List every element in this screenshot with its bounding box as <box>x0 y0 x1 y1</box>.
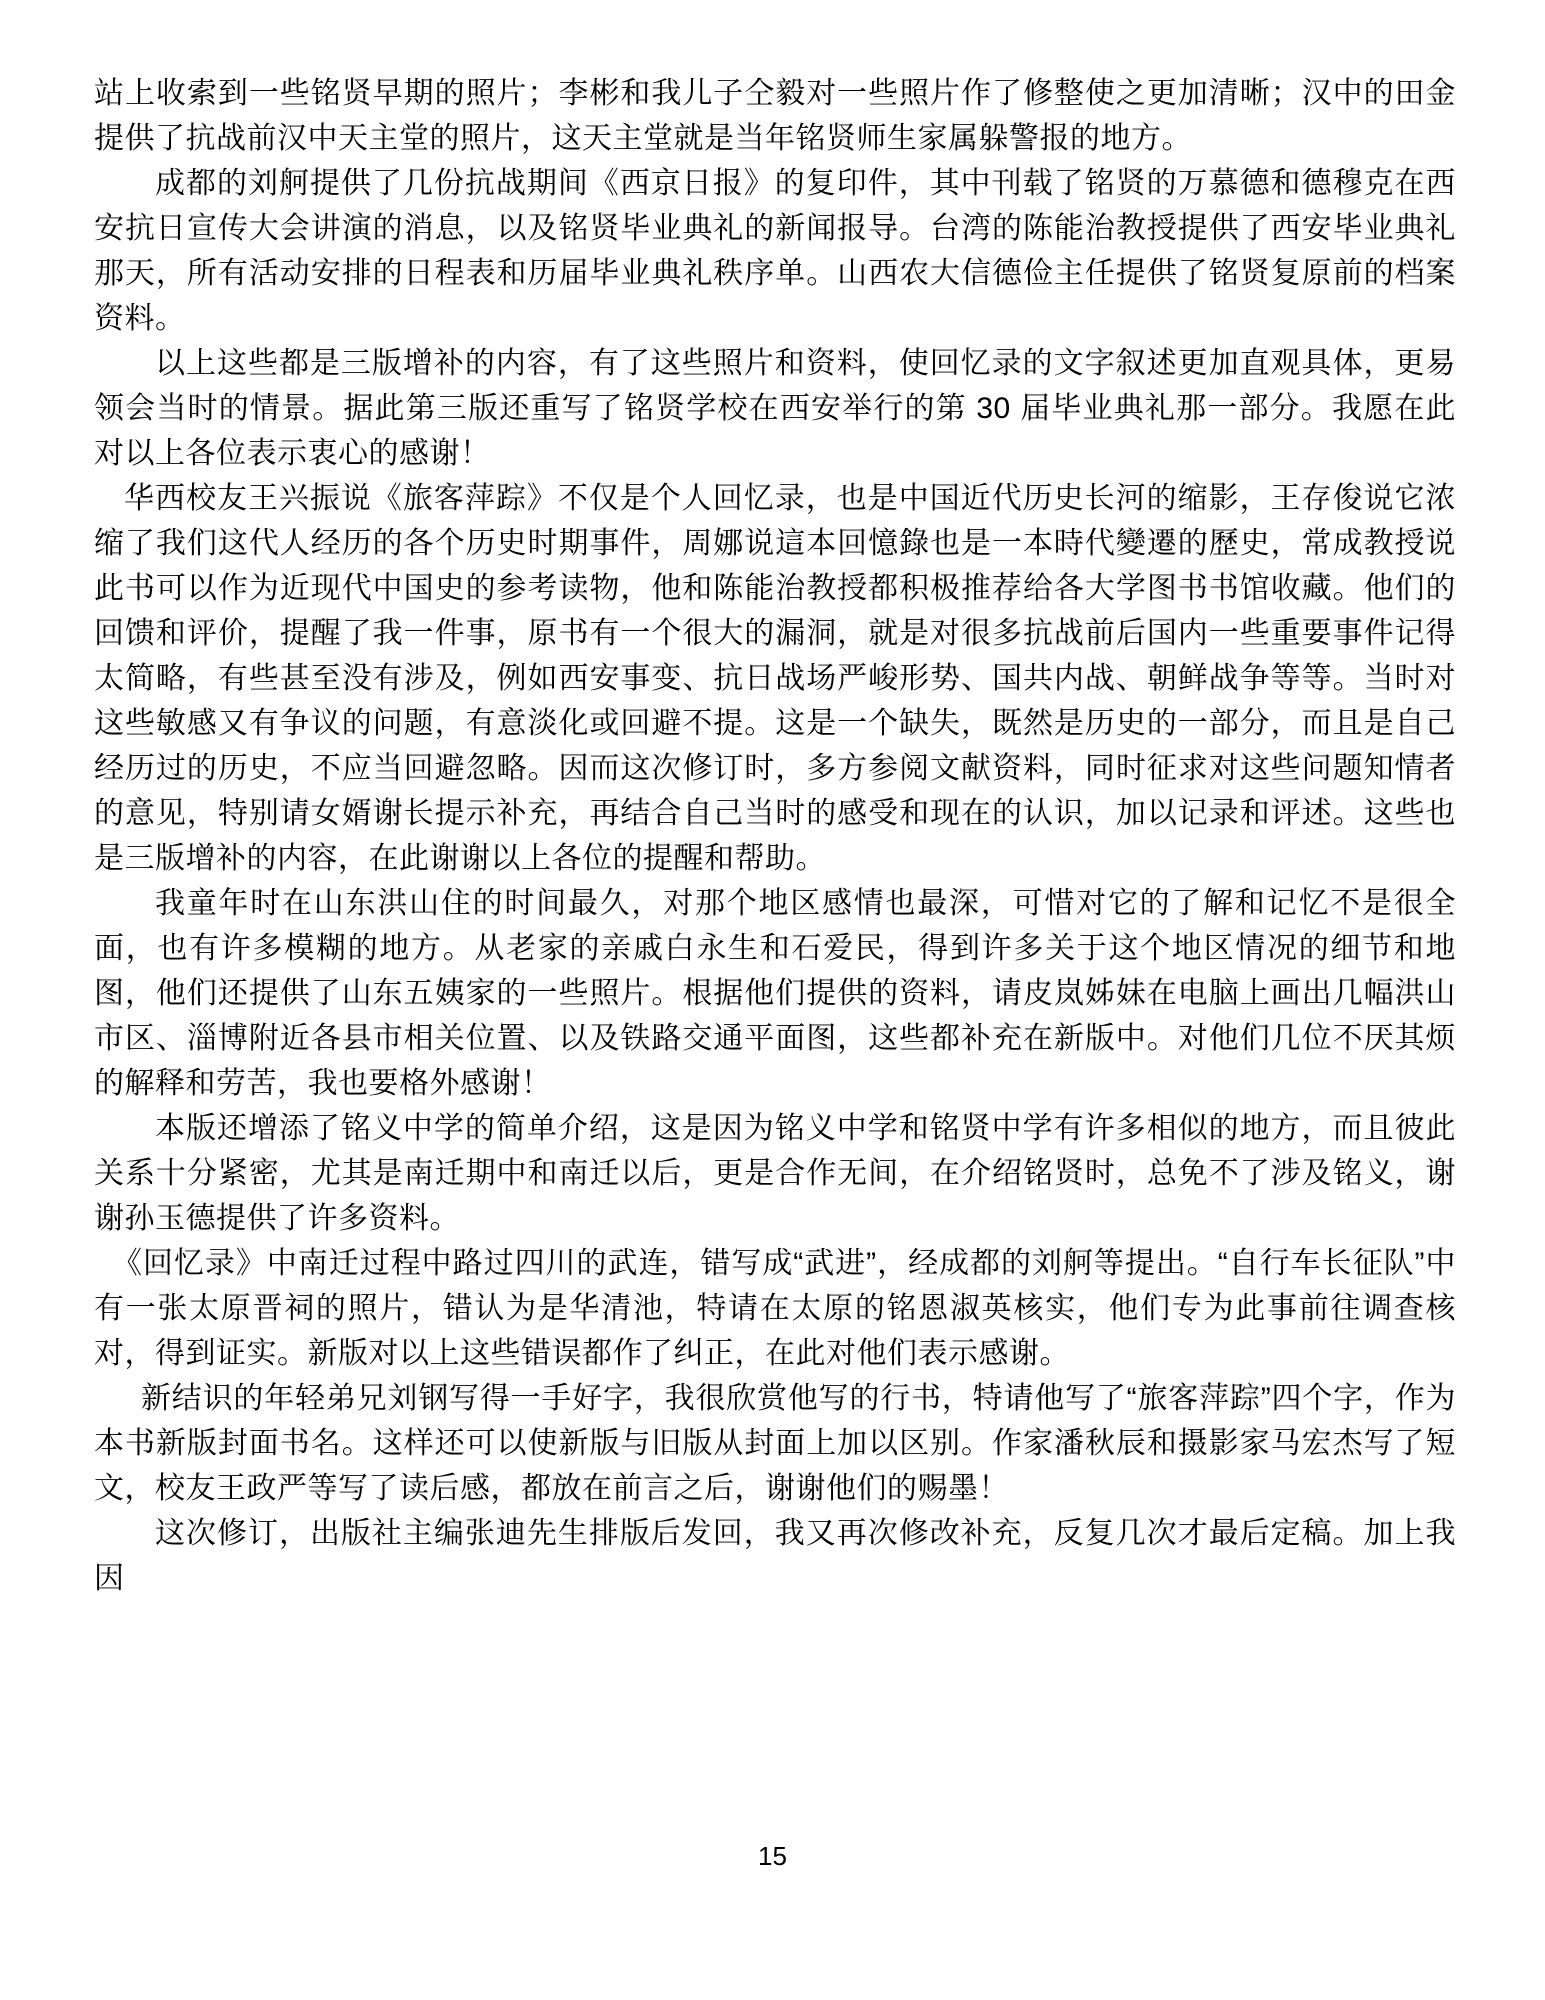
paragraph-xijing-ribao: 成都的刘舸提供了几份抗战期间《西京日报》的复印件，其中刊载了铭贤的万慕德和德穆克… <box>94 161 1456 341</box>
paragraph-liugang-calligraphy: 新结识的年轻弟兄刘钢写得一手好字，我很欣赏他写的行书，特请他写了“旅客萍踪”四个… <box>94 1376 1456 1511</box>
paragraph-hongshan-childhood: 我童年时在山东洪山住的时间最久，对那个地区感情也最深，可惜对它的了解和记忆不是很… <box>94 881 1456 1106</box>
paragraph-continuation: 站上收索到一些铭贤早期的照片；李彬和我儿子仝毅对一些照片作了修整使之更加清晰；汉… <box>94 71 1456 161</box>
paragraph-huaxi-alumni: 华西校友王兴振说《旅客萍踪》不仅是个人回忆录，也是中国近代历史长河的缩影，王存俊… <box>94 476 1456 881</box>
paragraph-mingyi-school: 本版还增添了铭义中学的简单介绍，这是因为铭义中学和铭贤中学有许多相似的地方，而且… <box>94 1106 1456 1241</box>
paragraph-third-edition-thanks: 以上这些都是三版增补的内容，有了这些照片和资料，使回忆录的文字叙述更加直观具体，… <box>94 341 1456 476</box>
body-text: 站上收索到一些铭贤早期的照片；李彬和我儿子仝毅对一些照片作了修整使之更加清晰；汉… <box>94 71 1456 1601</box>
document-page: 站上收索到一些铭贤早期的照片；李彬和我儿子仝毅对一些照片作了修整使之更加清晰；汉… <box>0 0 1545 2000</box>
paragraph-corrections: 《回忆录》中南迁过程中路过四川的武连，错写成“武进”，经成都的刘舸等提出。“自行… <box>94 1241 1456 1376</box>
page-number: 15 <box>0 1840 1545 1872</box>
paragraph-revision-process: 这次修订，出版社主编张迪先生排版后发回，我又再次修改补充，反复几次才最后定稿。加… <box>94 1511 1456 1601</box>
